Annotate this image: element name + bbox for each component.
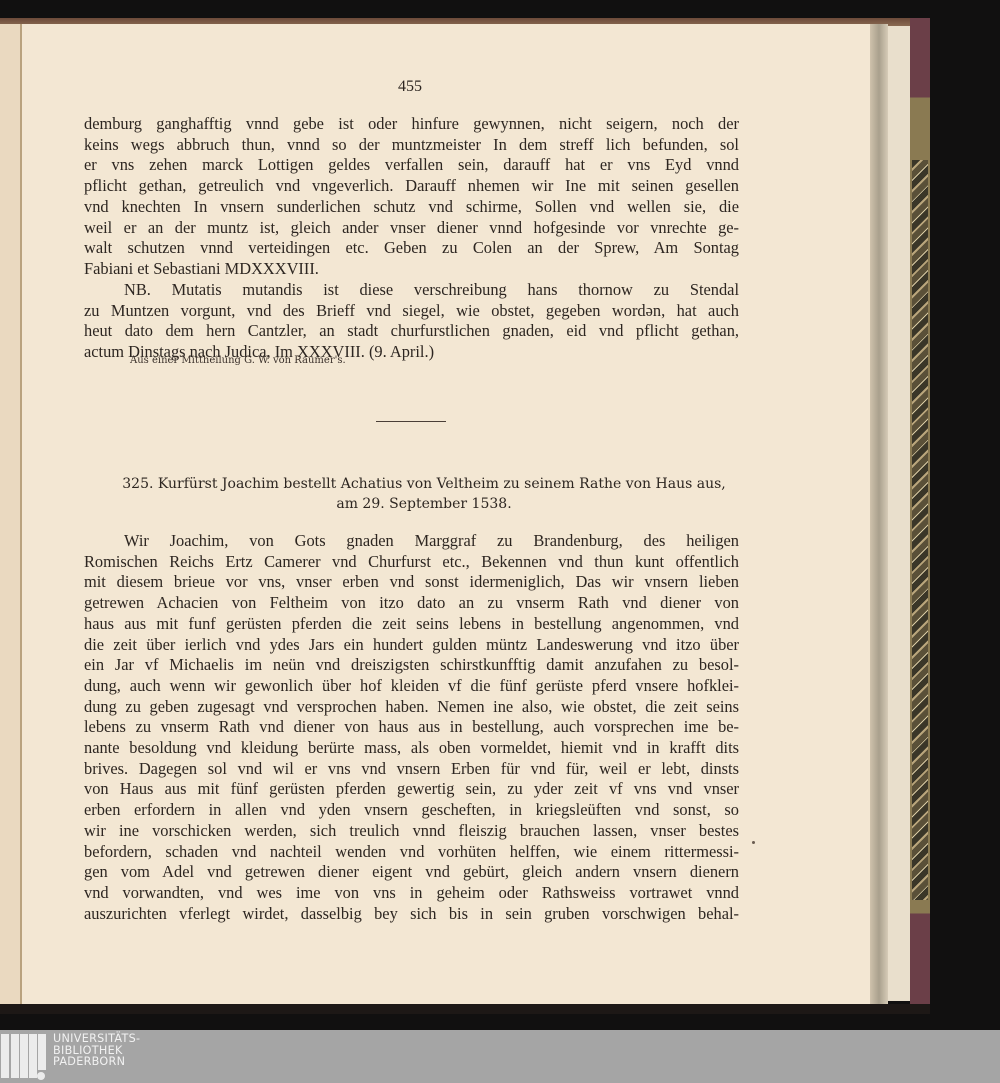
text-line: vnd vorwandten, vnd wes ime von vns in g… <box>84 883 739 904</box>
text-line: nante besoldung vnd kleidung berürte mas… <box>84 738 739 759</box>
text-line: wir ine vorschicken werden, sich treulic… <box>84 821 739 842</box>
heading-line-1: 325. Kurfürst Joachim bestellt Achatius … <box>104 474 744 494</box>
left-page-edge <box>0 24 22 1004</box>
margin-mark <box>752 841 755 844</box>
text-line: dung, auch wenn wir gewonlich über hof k… <box>84 676 739 697</box>
text-line: walt schutzen vnnd verteidingen etc. Geb… <box>84 238 739 259</box>
text-line: weil er an der muntz ist, gleich ander v… <box>84 218 739 239</box>
text-line: gen vom Adel vnd getrewen diener eigent … <box>84 862 739 883</box>
logo-line: UNIVERSITÄTS- <box>53 1033 140 1045</box>
text-line: auszurichten vferlegt wirdet, dasselbig … <box>84 904 739 925</box>
logo-bar <box>29 1034 37 1078</box>
marbled-cover <box>912 160 928 900</box>
page-stack-edge <box>870 24 888 1004</box>
text-line: Wir Joachim, von Gots gnaden Marggraf zu… <box>84 531 739 552</box>
text-line: keins wegs abbruch thun, vnnd so der mun… <box>84 135 739 156</box>
document-number: 325. <box>122 476 153 492</box>
text-line: zu Muntzen vorgunt, vnd des Brieff vnd s… <box>84 301 739 322</box>
text-line: er vns zehen marck Lottigen geldes verfa… <box>84 155 739 176</box>
logo-bar <box>1 1034 9 1078</box>
library-logo-text: UNIVERSITÄTS- BIBLIOTHEK PADERBORN <box>53 1033 140 1068</box>
nb-paragraph: NB. Mutatis mutandis ist diese verschrei… <box>84 280 739 363</box>
text-line: befordern, schaden vnd nachteil wenden v… <box>84 842 739 863</box>
document-heading: 325. Kurfürst Joachim bestellt Achatius … <box>104 474 744 514</box>
text-line: lebens zu vnserm Rath vnd diener von hau… <box>84 717 739 738</box>
text-line: ein Jar vf Michaelis im neün vnd dreiszi… <box>84 655 739 676</box>
continuation-paragraph: demburg ganghafftig vnnd gebe ist oder h… <box>84 114 739 280</box>
source-note: Aus einer Mittheilung G. W. von Raumer's… <box>130 355 346 366</box>
text-line: mit diesem brieue vor vns, vnser erben v… <box>84 572 739 593</box>
text-line: erben erfordern in allen vnd yden vnsern… <box>84 800 739 821</box>
main-paragraph: Wir Joachim, von Gots gnaden Marggraf zu… <box>84 531 739 924</box>
section-divider <box>376 421 446 422</box>
text-line: pflicht gethan, getreulich vnd vngeverli… <box>84 176 739 197</box>
text-line: die zeit über ierlich vnd ydes Jars ein … <box>84 635 739 656</box>
logo-bar <box>38 1034 46 1070</box>
text-line: haus aus mit funf gerüsten pferden die z… <box>84 614 739 635</box>
logo-dot-icon <box>37 1072 45 1080</box>
book-bottom-edge <box>0 1004 930 1014</box>
document-title: Kurfürst Joachim bestellt Achatius von V… <box>158 476 726 492</box>
text-line: heut dato dem hern Cantzler, an stadt ch… <box>84 321 739 342</box>
page-number: 455 <box>398 78 422 96</box>
text-line: NB. Mutatis mutandis ist diese verschrei… <box>84 280 739 301</box>
logo-line: PADERBORN <box>53 1056 140 1068</box>
text-line: dung zu geben zugesagt vnd versprochen h… <box>84 697 739 718</box>
text-line: von Haus aus mit fünf gerüsten pferden g… <box>84 779 739 800</box>
text-line: demburg ganghafftig vnnd gebe ist oder h… <box>84 114 739 135</box>
logo-bar <box>11 1034 19 1078</box>
text-line: brives. Dagegen sol vnd wil er vns vnd v… <box>84 759 739 780</box>
text-line: Romischen Reichs Ertz Camerer vnd Churfu… <box>84 552 739 573</box>
document-date: am 29. September 1538. <box>104 494 744 514</box>
logo-bar <box>20 1034 28 1078</box>
text-line: vnd knechten In vnsern sunderlichen schu… <box>84 197 739 218</box>
text-line: Fabiani et Sebastiani MDXXXVIII. <box>84 259 739 280</box>
text-line: getrewen Achacien von Feltheim von itzo … <box>84 593 739 614</box>
footer-bar <box>0 1030 1000 1083</box>
page-stack-edge-inner <box>888 26 910 1001</box>
